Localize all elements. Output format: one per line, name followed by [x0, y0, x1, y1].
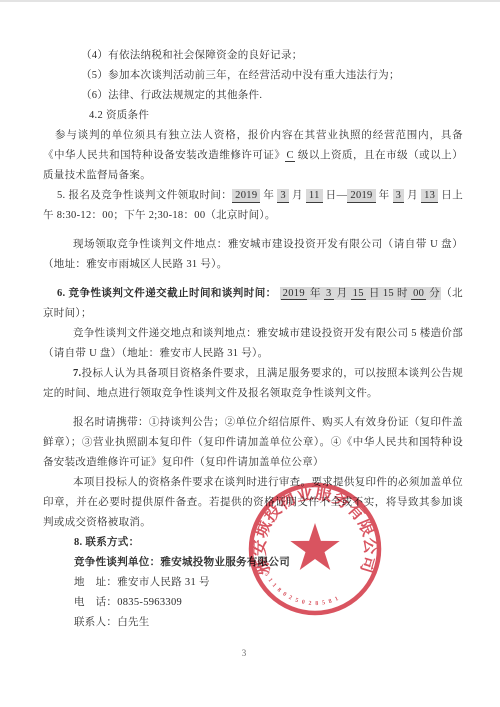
reg-start-day-field: 11: [306, 189, 323, 203]
phone-label: 电 话：: [74, 597, 117, 608]
condition-item-4: （4）有依法纳税和社会保障资金的良好记录；: [43, 46, 463, 66]
month-unit: 月: [334, 288, 351, 299]
section-heading-4-2: 4.2 资质条件: [43, 106, 463, 126]
address-line: 地 址：雅安市人民路 31 号: [43, 573, 463, 593]
document-body: （4）有依法纳税和社会保障资金的良好记录； （5）参加本次谈判活动前三年，在经营…: [43, 46, 463, 633]
reg-end-year-field: 2019: [347, 189, 375, 203]
item-7-text: 投标人认为具备项目资格条件要求，且满足服务要求的，可以按照本谈判公告规定的时间、…: [43, 368, 463, 399]
day-unit: 日: [366, 288, 383, 299]
contact-person-value: 白先生: [117, 617, 149, 628]
reg-end-day-field: 13: [421, 189, 438, 203]
deadline-year-field: 2019: [281, 288, 307, 300]
address-value: 雅安市人民路 31 号: [117, 577, 210, 588]
year-unit: 年: [260, 190, 277, 201]
registration-time-line: 5. 报名及竞争性谈判文件领取时间：2019 年 3 月 11 日—2019 年…: [43, 186, 463, 226]
deadline-line: 6. 竞争性谈判文件递交截止时间和谈判时间： 2019 年 3 月 15 日 1…: [43, 284, 463, 324]
registration-time-label: 5. 报名及竞争性谈判文件领取时间：: [57, 190, 232, 201]
deadline-day-field: 15: [351, 288, 366, 300]
license-grade-value: C: [285, 150, 294, 162]
phone-line: 电 话：0835-5963309: [43, 593, 463, 613]
negotiation-unit-line: 竞争性谈判单位：雅安城投物业服务有限公司: [43, 553, 463, 573]
review-paragraph: 本项目投标人的资格条件要求在谈判时进行审查。要求提供复印件的必须加盖单位印章，并…: [43, 473, 463, 533]
contact-person-label: 联系人：: [74, 617, 117, 628]
deadline-month-field: 3: [324, 288, 334, 300]
item-7-paragraph: 7.投标人认为具备项目资格条件要求，且满足服务要求的，可以按照本谈判公告规定的时…: [43, 364, 463, 404]
phone-value: 0835-5963309: [117, 597, 182, 608]
month-unit: 月: [289, 190, 306, 201]
address-label: 地 址：: [74, 577, 117, 588]
deadline-date-fill: 2019 年 3 月 15 日 15 时 00 分: [280, 287, 442, 300]
document-page: （4）有依法纳税和社会保障资金的良好记录； （5）参加本次谈判活动前三年，在经营…: [0, 0, 500, 707]
date-range-dash: —: [337, 190, 348, 201]
bring-documents-paragraph: 报名时请携带：①持谈判公告；②单位介绍信原件、购买人有效身份证（复印件盖鲜章）；…: [43, 413, 463, 473]
submit-place-paragraph: 竞争性谈判文件递交地点和谈判地点：雅安城市建设投资开发有限公司 5 楼造价部（请…: [43, 324, 463, 364]
day-unit: 日: [323, 190, 337, 201]
condition-item-5: （5）参加本次谈判活动前三年，在经营活动中没有重大违法行为；: [43, 66, 463, 86]
month-unit: 月: [404, 190, 421, 201]
pickup-place-paragraph: 现场领取竞争性谈判文件地点：雅安城市建设投资开发有限公司（请自带 U 盘）（地址…: [43, 235, 463, 275]
deadline-minute-field: 00: [411, 288, 426, 300]
minute-unit: 分: [426, 288, 440, 299]
reg-end-month-field: 3: [393, 189, 405, 203]
day-unit: 日: [438, 190, 452, 201]
contact-person-line: 联系人：白先生: [43, 613, 463, 633]
year-unit: 年: [376, 190, 393, 201]
condition-item-6: （6）法律、行政法规规定的其他条件.: [43, 86, 463, 106]
hour-unit: 时: [394, 288, 411, 299]
reg-start-year-field: 2019: [232, 189, 260, 203]
deadline-hour-field: 15: [383, 288, 394, 299]
deadline-label: 6. 竞争性谈判文件递交截止时间和谈判时间：: [57, 288, 277, 299]
year-unit: 年: [307, 288, 324, 299]
page-number: 3: [0, 648, 488, 658]
qualification-paragraph: 参与谈判的单位须具有独立法人资格，报价内容在其营业执照的经营范围内，具备《中华人…: [43, 126, 463, 186]
contact-section-heading: 8. 联系方式：: [43, 533, 463, 553]
reg-start-month-field: 3: [277, 189, 289, 203]
